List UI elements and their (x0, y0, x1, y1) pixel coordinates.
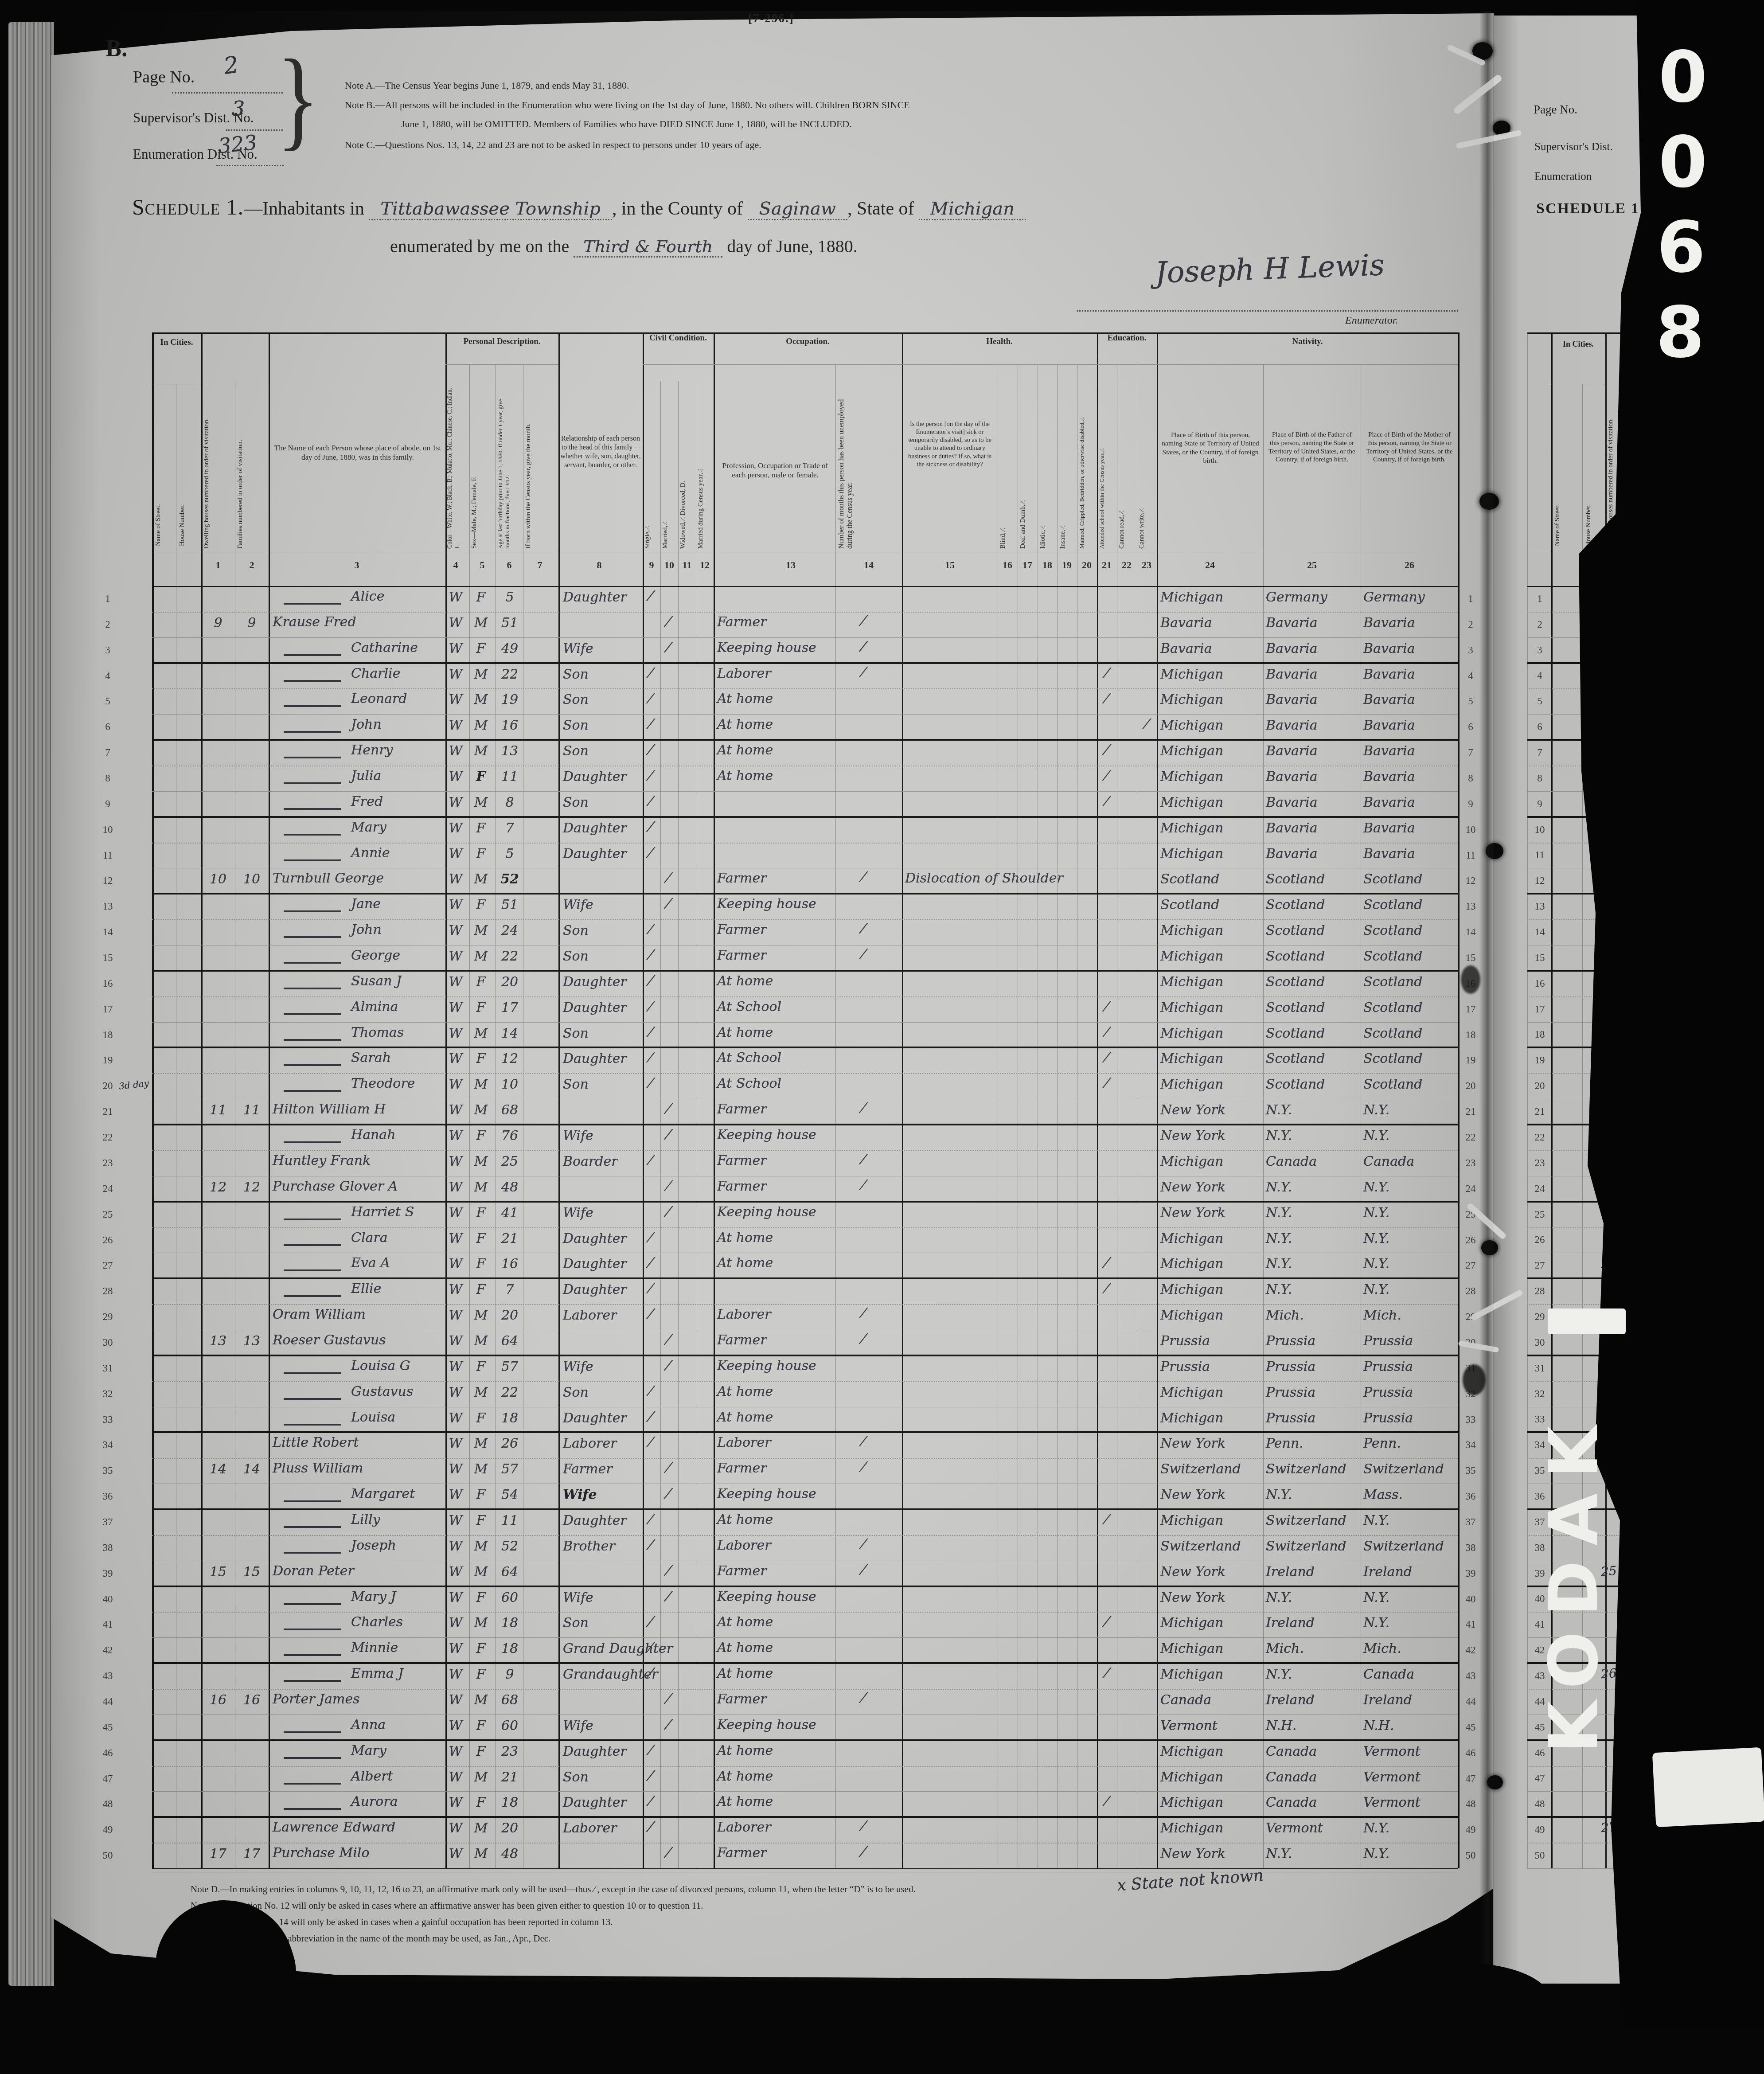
cell-mother-birthplace: Bavaria (1363, 743, 1415, 759)
cell-mother-birthplace: Bavaria (1363, 667, 1415, 682)
cell-color: W (446, 1513, 465, 1528)
cell-color: W (446, 846, 465, 862)
row-number-right: 2 (1462, 619, 1479, 630)
cell-unemployed-mark: ⁄ (855, 1562, 872, 1578)
cell-single-mark: ⁄ (643, 717, 659, 733)
next-page-row-number: 1 (1530, 593, 1549, 605)
row-number-left: 50 (99, 1850, 117, 1861)
table-row: LeonardWM19Son⁄At home⁄MichiganBavariaBa… (0, 688, 1764, 714)
cell-father-birthplace: N.Y. (1266, 1102, 1292, 1118)
cell-sex: M (471, 1564, 491, 1580)
table-row: 1414Pluss WilliamWM57Farmer⁄Farmer⁄Switz… (0, 1458, 1764, 1484)
next-page-row-number: 50 (1530, 1850, 1549, 1861)
row-number-left: 48 (99, 1798, 117, 1810)
cell-mother-birthplace: Bavaria (1363, 692, 1415, 707)
table-row: 1515Doran PeterWM64⁄Farmer⁄New YorkIrela… (0, 1561, 1764, 1586)
group-education: Education. (1098, 333, 1156, 343)
cell-mother-birthplace: N.Y. (1363, 1180, 1389, 1195)
cell-family-number: 16 (238, 1692, 265, 1708)
cell-single-mark: ⁄ (643, 1025, 659, 1041)
cell-father-birthplace: Scotland (1266, 1077, 1325, 1092)
cell-sex: M (471, 1846, 491, 1862)
cell-father-birthplace: Canada (1266, 1769, 1317, 1785)
cell-dwelling-number: 12 (205, 1180, 231, 1195)
cell-sex: F (471, 1000, 491, 1016)
cell-age: 52 (496, 871, 523, 887)
cell-relationship: Daughter (563, 769, 627, 785)
cell-unemployed-mark: ⁄ (855, 947, 872, 963)
cell-single-mark: ⁄ (643, 973, 659, 989)
cell-father-birthplace: Bavaria (1266, 615, 1318, 631)
cell-birthplace: Michigan (1160, 1641, 1223, 1656)
table-row: CatharineWF49Wife⁄Keeping house⁄BavariaB… (0, 637, 1764, 663)
row-number-right: 34 (1462, 1439, 1479, 1451)
ditto-dash (284, 851, 341, 861)
cell-sex: M (471, 718, 491, 733)
cell-father-birthplace: Prussia (1266, 1385, 1315, 1400)
row-number-right: 39 (1462, 1568, 1479, 1579)
cell-single-mark: ⁄ (643, 589, 659, 605)
row-number-left: 1 (99, 593, 117, 605)
cell-color: W (446, 1308, 465, 1323)
cell-sickness: Dislocation of Shoulder (905, 871, 1063, 886)
film-digit: 0 (1659, 129, 1707, 196)
cell-given-name: Almina (351, 999, 398, 1015)
cell-given-name: Albert (351, 1769, 393, 1784)
cell-relationship: Wife (563, 1590, 593, 1605)
row-number-left: 21 (99, 1106, 117, 1117)
table-row: Lawrence EdwardWM20Laborer⁄Laborer⁄Michi… (0, 1817, 1764, 1843)
cell-attended-school-mark: ⁄ (1099, 1614, 1115, 1630)
film-frame-block (1548, 1308, 1626, 1334)
cell-occupation: At home (717, 1025, 773, 1040)
cell-occupation: Farmer (717, 871, 767, 886)
ditto-dash (284, 902, 341, 912)
next-page-no-label: Page No. (1534, 103, 1577, 117)
cell-occupation: Farmer (717, 1101, 767, 1117)
cell-single-mark: ⁄ (643, 768, 659, 784)
cell-occupation: At home (717, 1640, 773, 1656)
cell-unemployed-mark: ⁄ (855, 1819, 872, 1835)
page-no-label: Page No. (133, 67, 195, 87)
cell-age: 48 (496, 1846, 523, 1862)
cell-family-number: 15 (238, 1564, 265, 1580)
next-supervisor-label: Supervisor's Dist. (1534, 141, 1613, 153)
row-number-right: 38 (1462, 1542, 1479, 1554)
cell-color: W (446, 1051, 465, 1066)
cell-birthplace: Prussia (1160, 1359, 1210, 1375)
cell-unemployed-mark: ⁄ (855, 921, 872, 937)
cell-age: 57 (496, 1359, 523, 1375)
cell-sex: M (471, 1308, 491, 1323)
table-row: 1111Hilton William HWM68⁄Farmer⁄New York… (0, 1099, 1764, 1125)
ditto-dash (284, 1364, 341, 1374)
cell-attended-school-mark: ⁄ (1099, 1255, 1115, 1271)
cell-birthplace: Michigan (1160, 743, 1223, 759)
cell-birthplace: Michigan (1160, 1410, 1223, 1426)
column-number: 10 (664, 559, 674, 571)
row-number-right: 26 (1462, 1234, 1479, 1246)
cell-given-name: Gustavus (351, 1384, 413, 1399)
cell-unemployed-mark: ⁄ (855, 613, 872, 629)
cell-sex: M (471, 923, 491, 938)
ditto-dash (284, 954, 341, 964)
cell-father-birthplace: Scotland (1266, 1026, 1325, 1041)
next-page-row-number: 12 (1530, 875, 1549, 887)
ditto-dash (284, 980, 341, 989)
cell-given-name: Charles (351, 1614, 403, 1630)
col-cannot-write-label: Cannot write, ⁄. (1138, 412, 1155, 549)
table-row: JuliaWF11Daughter⁄At home⁄MichiganBavari… (0, 766, 1764, 791)
column-number: 18 (1042, 559, 1052, 571)
table-row: Oram WilliamWM20Laborer⁄Laborer⁄Michigan… (0, 1304, 1764, 1330)
cell-sex: F (471, 641, 491, 656)
cell-attended-school-mark: ⁄ (1099, 768, 1115, 784)
cell-married-mark: ⁄ (660, 614, 676, 630)
cell-color: W (446, 974, 465, 990)
cell-sex: F (471, 1282, 491, 1297)
cell-mother-birthplace: Switzerland (1363, 1539, 1444, 1554)
row-number-left: 38 (99, 1542, 117, 1554)
cell-birthplace: New York (1160, 1846, 1225, 1862)
table-row: 1313Roeser GustavusWM64⁄Farmer⁄PrussiaPr… (0, 1330, 1764, 1355)
cell-father-birthplace: N.Y. (1266, 1180, 1292, 1195)
cell-age: 9 (496, 1667, 523, 1682)
cell-mother-birthplace: Mich. (1363, 1641, 1401, 1656)
cell-relationship: Daughter (563, 1795, 627, 1810)
cell-sex: F (471, 1641, 491, 1656)
row-number-right: 46 (1462, 1747, 1479, 1759)
ditto-dash (284, 1005, 341, 1015)
film-brand-kodak: KODAK (1534, 1411, 1613, 1753)
cell-relationship: Boarder (563, 1154, 618, 1169)
cell-sex: F (471, 1487, 491, 1503)
cell-birthplace: Prussia (1160, 1333, 1210, 1349)
cell-married-mark: ⁄ (660, 1563, 676, 1579)
row-number-right: 28 (1462, 1285, 1479, 1297)
cell-mother-birthplace: Mass. (1363, 1487, 1403, 1503)
cell-single-mark: ⁄ (643, 1410, 659, 1426)
row-number-left: 4 (99, 670, 117, 682)
cell-mother-birthplace: Penn. (1363, 1436, 1401, 1451)
cell-sex: F (471, 1051, 491, 1066)
row-number-right: 41 (1462, 1619, 1479, 1630)
cell-occupation: Farmer (717, 1153, 767, 1168)
cell-father-birthplace: Penn. (1266, 1436, 1303, 1451)
table-row: TheodoreWM10Son⁄At School⁄MichiganScotla… (0, 1073, 1764, 1099)
cell-color: W (446, 1461, 465, 1477)
ditto-dash (284, 595, 341, 605)
row-number-left: 36 (99, 1491, 117, 1502)
cell-color: W (446, 1641, 465, 1656)
cell-given-name: Catharine (351, 640, 418, 656)
cell-birthplace: Michigan (1160, 1154, 1223, 1169)
cell-sex: M (471, 1820, 491, 1836)
cell-color: W (446, 1026, 465, 1041)
col-house-label: House Number. (179, 390, 198, 546)
cell-color: W (446, 1128, 465, 1144)
cell-color: W (446, 1000, 465, 1016)
cell-mother-birthplace: Bavaria (1363, 769, 1415, 785)
cell-relationship: Son (563, 667, 589, 682)
binder-hole (1487, 1775, 1503, 1789)
cell-family-number: 12 (238, 1180, 265, 1195)
next-page-row-number: 28 (1530, 1285, 1549, 1297)
cell-married-mark: ⁄ (660, 1691, 676, 1707)
column-number: 7 (538, 559, 542, 571)
film-white-label (1652, 1747, 1764, 1828)
cell-mother-birthplace: Canada (1363, 1667, 1414, 1682)
ditto-dash (284, 697, 341, 707)
enumerator-label: Enumerator. (1345, 315, 1398, 327)
cell-father-birthplace: Prussia (1266, 1333, 1315, 1349)
cell-age: 7 (496, 820, 523, 836)
ditto-dash (284, 1723, 341, 1733)
row-number-right: 47 (1462, 1773, 1479, 1785)
cell-relationship: Son (563, 795, 589, 810)
cell-mother-birthplace: Scotland (1363, 1026, 1422, 1041)
note-a: Note A.—The Census Year begins June 1, 1… (345, 80, 629, 91)
cell-single-mark: ⁄ (643, 1076, 659, 1092)
row-number-left: 5 (99, 695, 117, 707)
column-number: 23 (1142, 559, 1151, 571)
cell-birthplace: New York (1160, 1590, 1225, 1605)
next-page-row-number: 6 (1530, 721, 1549, 733)
cell-single-mark: ⁄ (643, 666, 659, 682)
cell-single-mark: ⁄ (643, 1230, 659, 1246)
cell-birthplace: Switzerland (1160, 1461, 1241, 1477)
cell-birthplace: New York (1160, 1436, 1225, 1451)
cell-father-birthplace: Scotland (1266, 871, 1325, 887)
ditto-dash (284, 1595, 341, 1605)
cell-mother-birthplace: Canada (1363, 1154, 1414, 1169)
cell-birthplace: Michigan (1160, 820, 1223, 836)
cell-sex: M (471, 1769, 491, 1785)
cell-birthplace: Michigan (1160, 1385, 1223, 1400)
cell-relationship: Daughter (563, 1410, 627, 1426)
col-birthplace-header: Place of Birth of this person, naming St… (1161, 431, 1260, 465)
cell-single-mark: ⁄ (643, 1820, 659, 1836)
row-number-left: 8 (99, 773, 117, 784)
cell-sex: M (471, 1077, 491, 1092)
table-row: Emma JWF9Grandaughter⁄At home⁄MichiganN.… (0, 1663, 1764, 1689)
cell-mother-birthplace: N.Y. (1363, 1256, 1389, 1272)
cell-birthplace: Michigan (1160, 1744, 1223, 1759)
cell-relationship: Laborer (563, 1436, 617, 1451)
cell-age: 24 (496, 923, 523, 938)
col-married-label: Married, ⁄. (662, 423, 677, 549)
row-number-left: 3 (99, 644, 117, 656)
row-number-left: 16 (99, 978, 117, 989)
cell-mother-birthplace: N.H. (1363, 1718, 1394, 1734)
row-number-right: 1 (1462, 593, 1479, 605)
cell-relationship: Son (563, 949, 589, 964)
cell-full-name: Purchase Glover A (273, 1179, 398, 1194)
col-profession-header: Profession, Occupation or Trade of each … (718, 461, 832, 480)
row-number-right: 36 (1462, 1491, 1479, 1502)
enumeration-dist-value: 323 (217, 130, 258, 158)
column-number: 16 (1003, 559, 1012, 571)
cell-color: W (446, 615, 465, 631)
film-digit: 6 (1657, 215, 1705, 281)
cell-age: 68 (496, 1692, 523, 1708)
cell-relationship: Son (563, 692, 589, 707)
cell-married-mark: ⁄ (660, 1717, 676, 1733)
cell-color: W (446, 1564, 465, 1580)
column-number: 6 (507, 559, 512, 571)
cell-sex: M (471, 949, 491, 964)
row-number-right: 35 (1462, 1465, 1479, 1476)
cell-attended-school-mark: ⁄ (1099, 666, 1115, 682)
cell-age: 18 (496, 1795, 523, 1810)
cell-age: 20 (496, 1820, 523, 1836)
cell-married-mark: ⁄ (660, 1101, 676, 1117)
cell-father-birthplace: Bavaria (1266, 667, 1318, 682)
cell-sex: M (471, 667, 491, 682)
cell-given-name: Aurora (351, 1794, 398, 1809)
cell-unemployed-mark: ⁄ (855, 870, 872, 886)
cell-sex: M (471, 1154, 491, 1169)
cell-given-name: Anna (351, 1717, 386, 1733)
row-number-left: 33 (99, 1414, 117, 1426)
row-number-right: 17 (1462, 1004, 1479, 1015)
cell-occupation: Keeping house (717, 1486, 816, 1502)
cell-sex: F (471, 1718, 491, 1734)
next-page-row-number: 18 (1530, 1029, 1549, 1040)
table-row: JohnWM24Son⁄Farmer⁄MichiganScotlandScotl… (0, 919, 1764, 945)
cell-mother-birthplace: N.Y. (1363, 1615, 1389, 1631)
ink-smudge (1461, 965, 1480, 994)
cell-single-mark: ⁄ (643, 1255, 659, 1271)
table-row: Huntley FrankWM25Boarder⁄Farmer⁄Michigan… (0, 1150, 1764, 1176)
cell-sex: F (471, 1359, 491, 1375)
cell-relationship: Daughter (563, 820, 627, 836)
grid-line (1097, 364, 1157, 365)
column-number: 9 (649, 559, 654, 571)
cell-father-birthplace: Scotland (1266, 1000, 1325, 1016)
cell-mother-birthplace: N.Y. (1363, 1205, 1389, 1221)
cell-unemployed-mark: ⁄ (855, 1101, 872, 1117)
row-number-right: 50 (1462, 1850, 1479, 1861)
cell-mother-birthplace: Bavaria (1363, 820, 1415, 836)
col-age-label: Age at last birthday prior to June 1, 18… (497, 384, 522, 549)
cell-given-name: Margaret (351, 1486, 415, 1502)
next-page-row-number: 31 (1530, 1363, 1549, 1374)
ditto-dash (284, 1390, 341, 1400)
col-mother-birthplace-header: Place of Birth of the Mother of this per… (1364, 431, 1455, 464)
page-no-underline (172, 92, 283, 94)
cell-birthplace: Michigan (1160, 590, 1223, 605)
column-number: 13 (786, 559, 796, 571)
cell-sex: M (471, 1102, 491, 1118)
cell-father-birthplace: Bavaria (1266, 820, 1318, 836)
cell-single-mark: ⁄ (643, 1435, 659, 1451)
cell-age: 12 (496, 1051, 523, 1066)
cell-sex: M (471, 795, 491, 810)
column-number: 14 (864, 559, 874, 571)
row-number-left: 2 (99, 619, 117, 630)
row-number-left: 46 (99, 1747, 117, 1759)
cell-occupation: At home (717, 1255, 773, 1271)
table-row: JohnWM16Son⁄At home⁄MichiganBavariaBavar… (0, 714, 1764, 740)
cell-color: W (446, 667, 465, 682)
cell-father-birthplace: N.Y. (1266, 1846, 1292, 1862)
row-number-left: 7 (99, 747, 117, 758)
cell-color: W (446, 1231, 465, 1246)
cell-full-name: Little Robert (273, 1435, 359, 1450)
cell-relationship: Daughter (563, 1744, 627, 1759)
cell-father-birthplace: N.Y. (1266, 1590, 1292, 1605)
cell-mother-birthplace: Ireland (1363, 1564, 1412, 1580)
cell-sex: M (471, 615, 491, 631)
cell-age: 18 (496, 1410, 523, 1426)
cell-father-birthplace: Germany (1266, 590, 1327, 605)
cell-full-name: Porter James (273, 1691, 360, 1707)
cell-father-birthplace: Ireland (1266, 1692, 1315, 1708)
cell-attended-school-mark: ⁄ (1099, 1076, 1115, 1092)
cell-relationship: Son (563, 743, 589, 759)
ditto-dash (284, 774, 341, 784)
column-number: 26 (1405, 559, 1414, 571)
cell-father-birthplace: Scotland (1266, 949, 1325, 964)
cell-age: 22 (496, 949, 523, 964)
row-number-right: 45 (1462, 1722, 1479, 1733)
cell-mother-birthplace: Vermont (1363, 1795, 1421, 1810)
cell-sex: F (471, 1231, 491, 1246)
next-page-row-number: 25 (1530, 1209, 1549, 1220)
cell-color: W (446, 1539, 465, 1554)
cell-occupation: Keeping house (717, 640, 816, 656)
next-page-row-number: 20 (1530, 1080, 1549, 1092)
cell-relationship: Son (563, 718, 589, 733)
cell-full-name: Purchase Milo (273, 1845, 370, 1861)
cell-color: W (446, 949, 465, 964)
cell-father-birthplace: Bavaria (1266, 718, 1318, 733)
cell-sex: F (471, 590, 491, 605)
group-in-cities: In Cities. (152, 338, 201, 348)
cell-occupation: At home (717, 717, 773, 732)
enumerated-prefix: enumerated by me on the (390, 236, 569, 256)
cell-single-mark: ⁄ (643, 820, 659, 836)
column-number: 22 (1122, 559, 1132, 571)
cell-occupation: At home (717, 1410, 773, 1425)
grid-line (714, 364, 902, 365)
cell-father-birthplace: N.Y. (1266, 1128, 1292, 1144)
cell-age: 18 (496, 1641, 523, 1656)
cell-mother-birthplace: Bavaria (1363, 615, 1415, 631)
column-number: 17 (1022, 559, 1032, 571)
row-number-right: 22 (1462, 1132, 1479, 1143)
cell-given-name: Mary (351, 820, 386, 835)
cell-mother-birthplace: Vermont (1363, 1769, 1421, 1785)
cell-mother-birthplace: N.Y. (1363, 1513, 1389, 1528)
cell-single-mark: ⁄ (643, 1307, 659, 1323)
row-number-left: 18 (99, 1029, 117, 1041)
cell-birthplace: Michigan (1160, 667, 1223, 682)
cell-given-name: Mary J (351, 1589, 396, 1605)
cell-given-name: Lilly (351, 1512, 380, 1527)
cell-color: W (446, 1744, 465, 1759)
cell-mother-birthplace: N.Y. (1363, 1846, 1389, 1862)
cell-single-mark: ⁄ (643, 1512, 659, 1528)
cell-relationship: Daughter (563, 1256, 627, 1272)
cell-sex: M (471, 871, 491, 887)
row-number-left: 9 (99, 798, 117, 810)
cell-mother-birthplace: Scotland (1363, 974, 1422, 990)
table-row: Eva AWF16Daughter⁄At home⁄MichiganN.Y.N.… (0, 1253, 1764, 1278)
cell-age: 19 (496, 692, 523, 707)
cell-color: W (446, 1436, 465, 1451)
